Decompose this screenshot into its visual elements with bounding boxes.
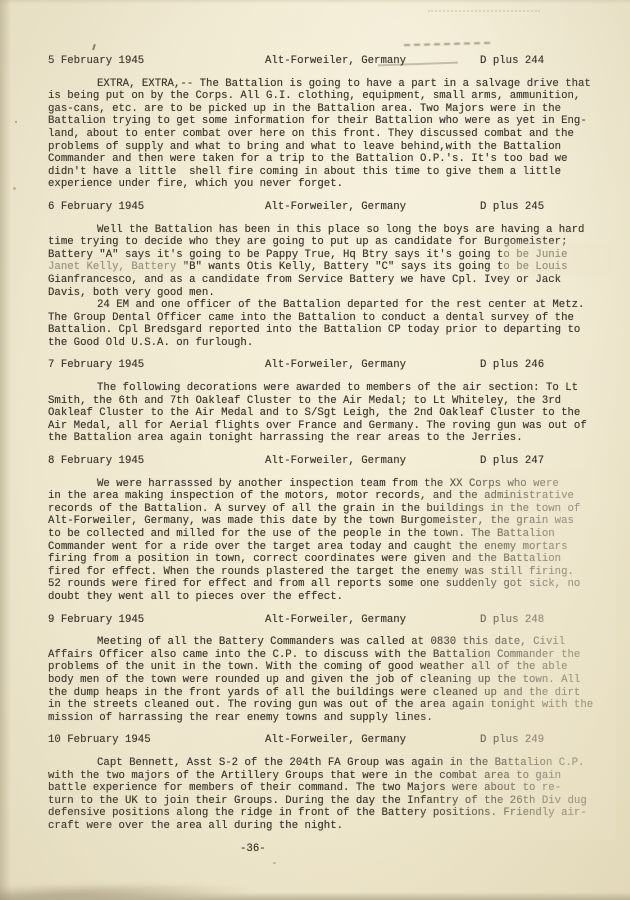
entry-dday: D plus 249 [480,734,610,747]
entry-dday: D plus 245 [480,201,610,214]
entry-location: Alt-Forweiler, Germany [265,455,480,468]
diary-entry-feb-10: 10 February 1945 Alt-Forweiler, Germany … [48,734,610,832]
diary-entry-feb-5: 5 February 1945 Alt-Forweiler, Germany D… [48,55,610,191]
paper-stain [0,881,255,900]
diary-entry-feb-6: 6 February 1945 Alt-Forweiler, Germany D… [48,201,610,350]
entry-date: 10 February 1945 [48,734,265,747]
stray-tick-mark [92,44,95,50]
entry-paragraph: Meeting of all the Battery Commanders wa… [48,636,610,724]
entry-location: Alt-Forweiler, Germany [265,201,480,214]
entry-location: Alt-Forweiler, Germany [265,359,480,372]
paper-edge-shadow-bottom [0,892,630,900]
entry-dday: D plus 244 [480,55,610,68]
entry-paragraph: EXTRA, EXTRA,-- The Battalion is going t… [48,78,610,191]
diary-entry-feb-7: 7 February 1945 Alt-Forweiler, Germany D… [48,359,610,445]
entry-header: 10 February 1945 Alt-Forweiler, Germany … [48,734,610,747]
diary-content: 5 February 1945 Alt-Forweiler, Germany D… [48,55,610,832]
entry-header: 6 February 1945 Alt-Forweiler, Germany D… [48,201,610,214]
entry-dday: D plus 248 [480,614,610,627]
paper-speck [13,187,16,190]
entry-location: Alt-Forweiler, Germany [265,734,480,747]
entry-dday: D plus 247 [480,455,610,468]
diary-entry-feb-9: 9 February 1945 Alt-Forweiler, Germany D… [48,614,610,725]
paper-speck [15,121,17,123]
paper-speck [273,862,276,864]
pencil-smudge [404,42,490,46]
entry-date: 7 February 1945 [48,359,265,372]
entry-date: 6 February 1945 [48,201,265,214]
entry-date: 5 February 1945 [48,55,265,68]
entry-header: 5 February 1945 Alt-Forweiler, Germany D… [48,55,610,68]
entry-location: Alt-Forweiler, Germany [265,614,480,627]
document-page: 5 February 1945 Alt-Forweiler, Germany D… [0,0,630,900]
entry-paragraph: We were harrasssed by another inspection… [48,478,610,604]
entry-header: 8 February 1945 Alt-Forweiler, Germany D… [48,455,610,468]
entry-header: 7 February 1945 Alt-Forweiler, Germany D… [48,359,610,372]
entry-location: Alt-Forweiler, Germany [265,55,480,68]
faint-smudge [428,10,540,12]
entry-paragraph: Capt Bennett, Asst S-2 of the 204th FA G… [48,757,610,833]
paper-edge-shadow-top [0,0,630,4]
entry-paragraph: Well the Battalion has been in this plac… [48,224,610,300]
page-number: -36- [240,843,266,856]
diary-entry-feb-8: 8 February 1945 Alt-Forweiler, Germany D… [48,455,610,604]
entry-dday: D plus 246 [480,359,610,372]
entry-paragraph: The following decorations were awarded t… [48,382,610,445]
entry-paragraph: 24 EM and one officer of the Battalion d… [48,299,610,349]
entry-date: 8 February 1945 [48,455,265,468]
entry-date: 9 February 1945 [48,614,265,627]
entry-header: 9 February 1945 Alt-Forweiler, Germany D… [48,614,610,627]
paper-edge-shadow-left [0,0,11,900]
